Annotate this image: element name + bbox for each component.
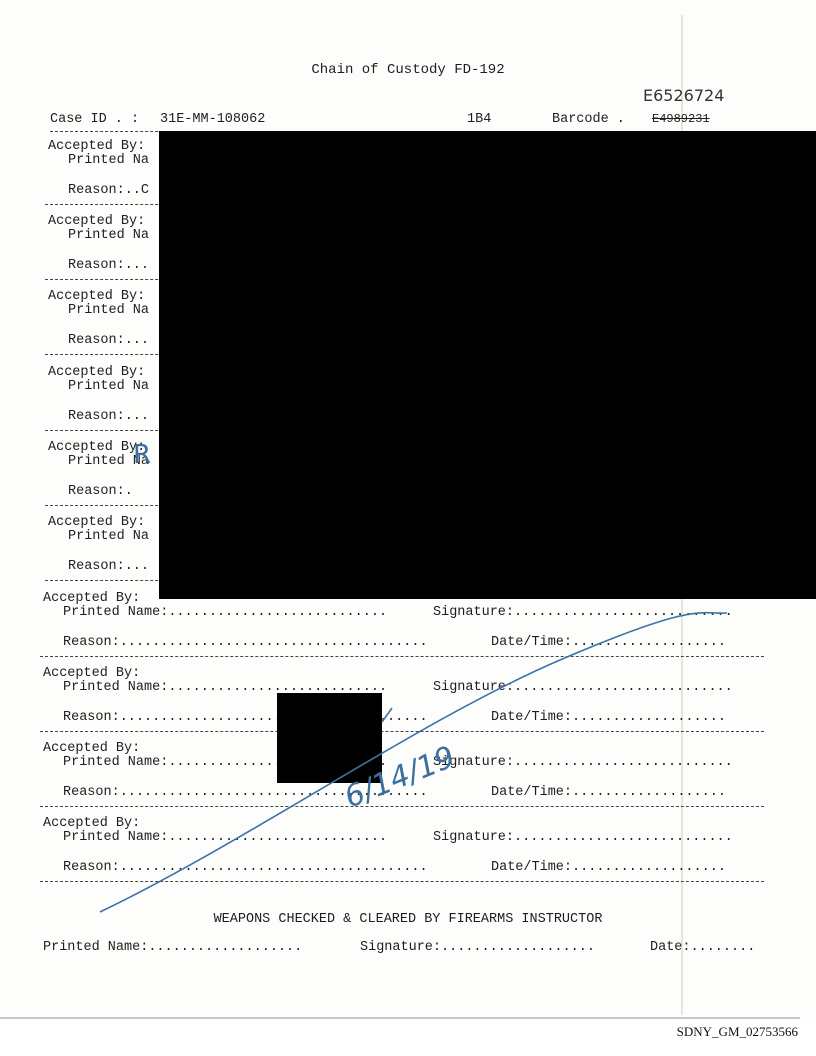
accepted-by-label: Accepted By: — [43, 666, 140, 681]
weapons-printed-name: Printed Name:................... — [43, 940, 302, 955]
accepted-by-label: Accepted By: — [43, 816, 140, 831]
document-title: Chain of Custody FD-192 — [0, 62, 816, 78]
reason-field: Reason:.................................… — [63, 635, 428, 650]
reason-field: Reason:... — [68, 409, 149, 424]
printed-name-field: Printed Name:........................... — [63, 830, 387, 845]
signature-field: Signature:........................... — [433, 830, 733, 845]
printed-name-field: Printed Na — [68, 303, 149, 318]
divider — [40, 656, 764, 657]
printed-name-field: Printed Na — [68, 379, 149, 394]
signature-field: Signature:........................... — [433, 680, 733, 695]
accepted-by-label: Accepted By: — [43, 591, 140, 606]
reason-field: Reason:.................................… — [63, 860, 428, 875]
accepted-by-label: Accepted By: — [43, 741, 140, 756]
item-code: 1B4 — [467, 112, 491, 127]
redaction-block-main — [159, 131, 816, 599]
handwritten-reason-initial: R — [133, 440, 151, 470]
reason-field: Reason:... — [68, 559, 149, 574]
printed-name-field: Printed Name:........................... — [63, 605, 387, 620]
divider — [40, 881, 764, 882]
accepted-by-label: Accepted By: — [48, 289, 145, 304]
reason-field: Reason:. — [68, 484, 133, 499]
signature-field: Signature:........................... — [433, 755, 733, 770]
barcode-handwritten: E6526724 — [643, 86, 724, 105]
date-time-field: Date/Time:................... — [491, 635, 726, 650]
weapons-signature: Signature:................... — [360, 940, 595, 955]
reason-field: Reason:..C — [68, 183, 149, 198]
printed-name-field: Printed Na — [68, 228, 149, 243]
printed-name-field: Printed Na — [68, 153, 149, 168]
reason-field: Reason:... — [68, 333, 149, 348]
accepted-by-label: Accepted By: — [48, 515, 145, 530]
accepted-by-label: Accepted By: — [48, 214, 145, 229]
date-time-field: Date/Time:................... — [491, 785, 726, 800]
barcode-label: Barcode . — [552, 112, 625, 127]
accepted-by-label: Accepted By: — [48, 440, 145, 455]
date-time-field: Date/Time:................... — [491, 860, 726, 875]
accepted-by-label: Accepted By: — [48, 365, 145, 380]
reason-field: Reason:... — [68, 258, 149, 273]
weapons-date: Date:........ — [650, 940, 755, 955]
page-edge — [0, 1017, 800, 1019]
barcode-struck-value: E4989231 — [652, 112, 710, 126]
printed-name-field: Printed Na — [68, 529, 149, 544]
case-id-value: 31E-MM-108062 — [160, 112, 265, 127]
date-time-field: Date/Time:................... — [491, 710, 726, 725]
accepted-by-label: Accepted By: — [48, 139, 145, 154]
weapons-heading: WEAPONS CHECKED & CLEARED BY FIREARMS IN… — [0, 912, 816, 927]
case-id-label: Case ID . : — [50, 112, 139, 127]
divider — [40, 806, 764, 807]
redaction-block-small — [277, 693, 382, 783]
divider — [40, 731, 764, 732]
signature-field: Signature:........................... — [433, 605, 733, 620]
bates-number: SDNY_GM_02753566 — [677, 1024, 798, 1040]
